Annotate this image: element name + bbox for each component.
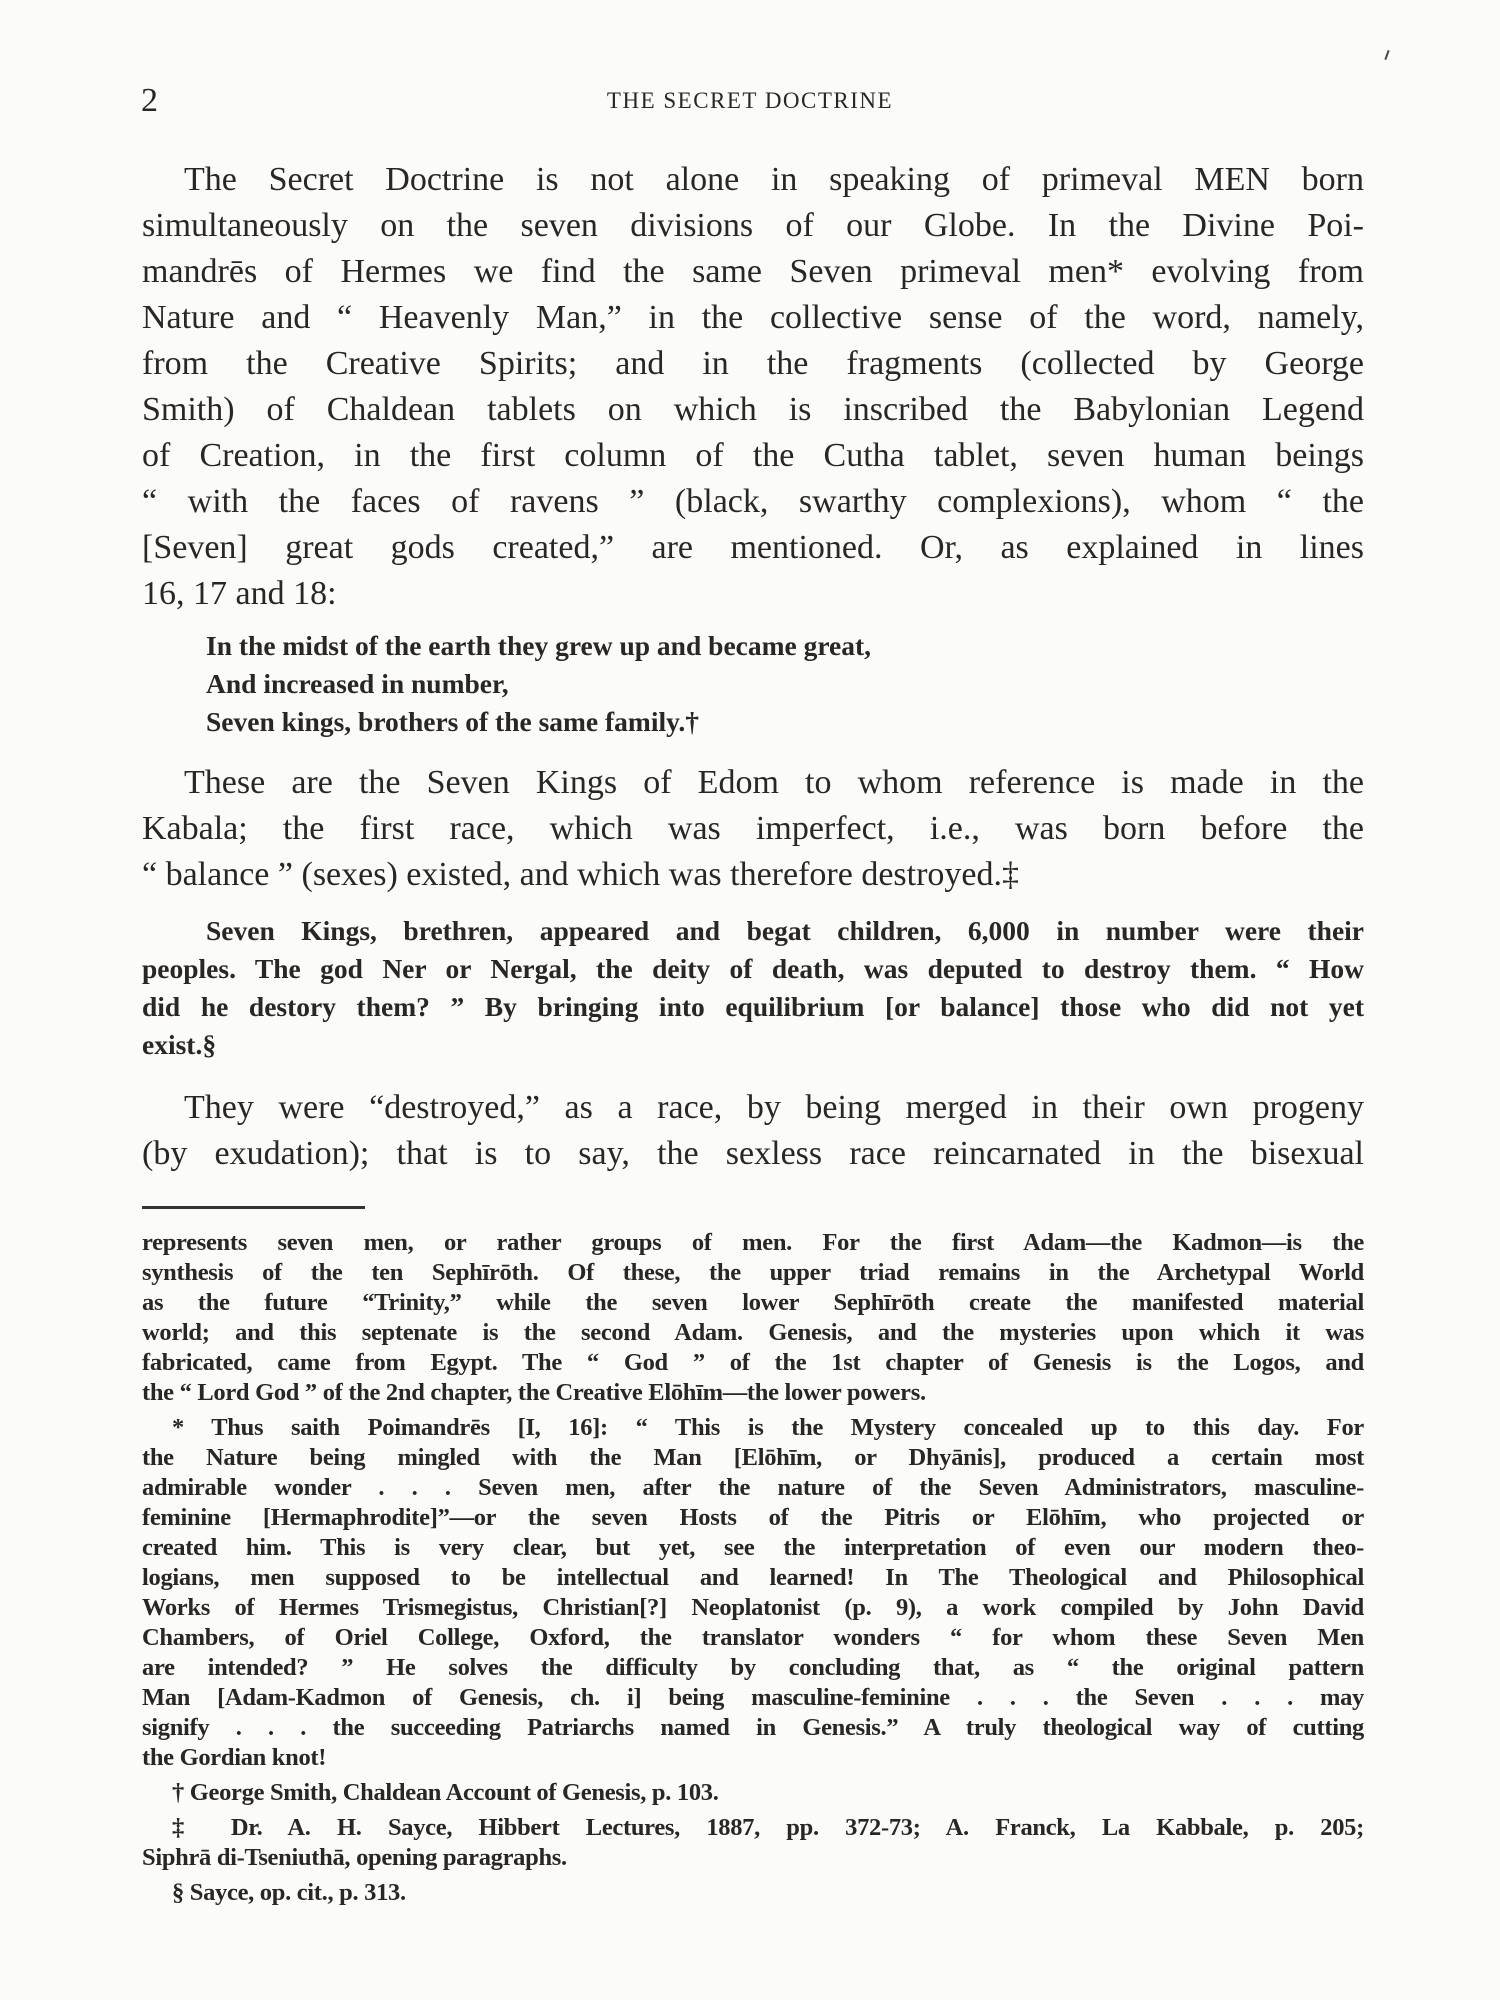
footnote-section: § Sayce, op. cit., p. 313. xyxy=(142,1878,1364,1908)
footnote-line: Siphrā di-Tseniuthā, opening paragraphs. xyxy=(142,1843,1364,1873)
body-line: Nature and “ Heavenly Man,” in the colle… xyxy=(142,295,1364,341)
footnote-line: the Gordian knot! xyxy=(142,1743,1364,1773)
body-line: “ with the faces of ravens ” (black, swa… xyxy=(142,479,1364,525)
quote-line: peoples. The god Ner or Nergal, the deit… xyxy=(142,950,1364,988)
footnote-line: synthesis of the ten Sephīrōth. Of these… xyxy=(142,1258,1364,1288)
footnote-line: admirable wonder . . . Seven men, after … xyxy=(142,1473,1364,1503)
quote-line: did he destory them? ” By bringing into … xyxy=(142,988,1364,1026)
footnote-line: created him. This is very clear, but yet… xyxy=(142,1533,1364,1563)
footnote-line: represents seven men, or rather groups o… xyxy=(142,1228,1364,1258)
verse-line: And increased in number, xyxy=(206,665,509,703)
footnote-line: as the future “Trinity,” while the seven… xyxy=(142,1288,1364,1318)
book-page: 2 THE SECRET DOCTRINE The Secret Doctrin… xyxy=(0,0,1500,2000)
body-line: simultaneously on the seven divisions of… xyxy=(142,203,1364,249)
footnote-line: feminine [Hermaphrodite]”—or the seven H… xyxy=(142,1503,1364,1533)
footnote-line: the Nature being mingled with the Man [E… xyxy=(142,1443,1364,1473)
body-line: These are the Seven Kings of Edom to who… xyxy=(142,760,1364,806)
body-line: The Secret Doctrine is not alone in spea… xyxy=(142,157,1364,203)
body-line: “ balance ” (sexes) existed, and which w… xyxy=(142,852,1364,898)
quote-line: exist.§ xyxy=(142,1026,1364,1064)
body-line: of Creation, in the first column of the … xyxy=(142,433,1364,479)
quote-line: Seven Kings, brethren, appeared and bega… xyxy=(142,912,1364,950)
footnote-line: Works of Hermes Trismegistus, Christian[… xyxy=(142,1593,1364,1623)
footnote-line: logians, men supposed to be intellectual… xyxy=(142,1563,1364,1593)
body-line: They were “destroyed,” as a race, by bei… xyxy=(142,1085,1364,1131)
footnote-line: Man [Adam-Kadmon of Genesis, ch. i] bein… xyxy=(142,1683,1364,1713)
footnote-asterisk: * Thus saith Poimandrēs [I, 16]: “ This … xyxy=(142,1413,1364,1443)
footnote-rule xyxy=(142,1206,365,1209)
footnote-line: fabricated, came from Egypt. The “ God ”… xyxy=(142,1348,1364,1378)
footnote-line: Chambers, of Oriel College, Oxford, the … xyxy=(142,1623,1364,1653)
running-title: THE SECRET DOCTRINE xyxy=(0,88,1500,114)
footnote-double-dagger: ‡ Dr. A. H. Sayce, Hibbert Lectures, 188… xyxy=(142,1813,1364,1843)
body-line: (by exudation); that is to say, the sexl… xyxy=(142,1131,1364,1177)
footnote-dagger: † George Smith, Chaldean Account of Gene… xyxy=(142,1778,1364,1808)
body-line: from the Creative Spirits; and in the fr… xyxy=(142,341,1364,387)
footnote-line: world; and this septenate is the second … xyxy=(142,1318,1364,1348)
footnote-line: are intended? ” He solves the difficulty… xyxy=(142,1653,1364,1683)
body-line: mandrēs of Hermes we find the same Seven… xyxy=(142,249,1364,295)
verse-line: In the midst of the earth they grew up a… xyxy=(206,627,871,665)
body-line: [Seven] great gods created,” are mention… xyxy=(142,525,1364,571)
footnote-line: the “ Lord God ” of the 2nd chapter, the… xyxy=(142,1378,1364,1408)
verse-line: Seven kings, brothers of the same family… xyxy=(206,703,699,741)
body-line: 16, 17 and 18: xyxy=(142,571,1364,617)
footnote-line: signify . . . the succeeding Patriarchs … xyxy=(142,1713,1364,1743)
scan-mark xyxy=(1384,50,1389,60)
body-line: Smith) of Chaldean tablets on which is i… xyxy=(142,387,1364,433)
body-line: Kabala; the first race, which was imperf… xyxy=(142,806,1364,852)
